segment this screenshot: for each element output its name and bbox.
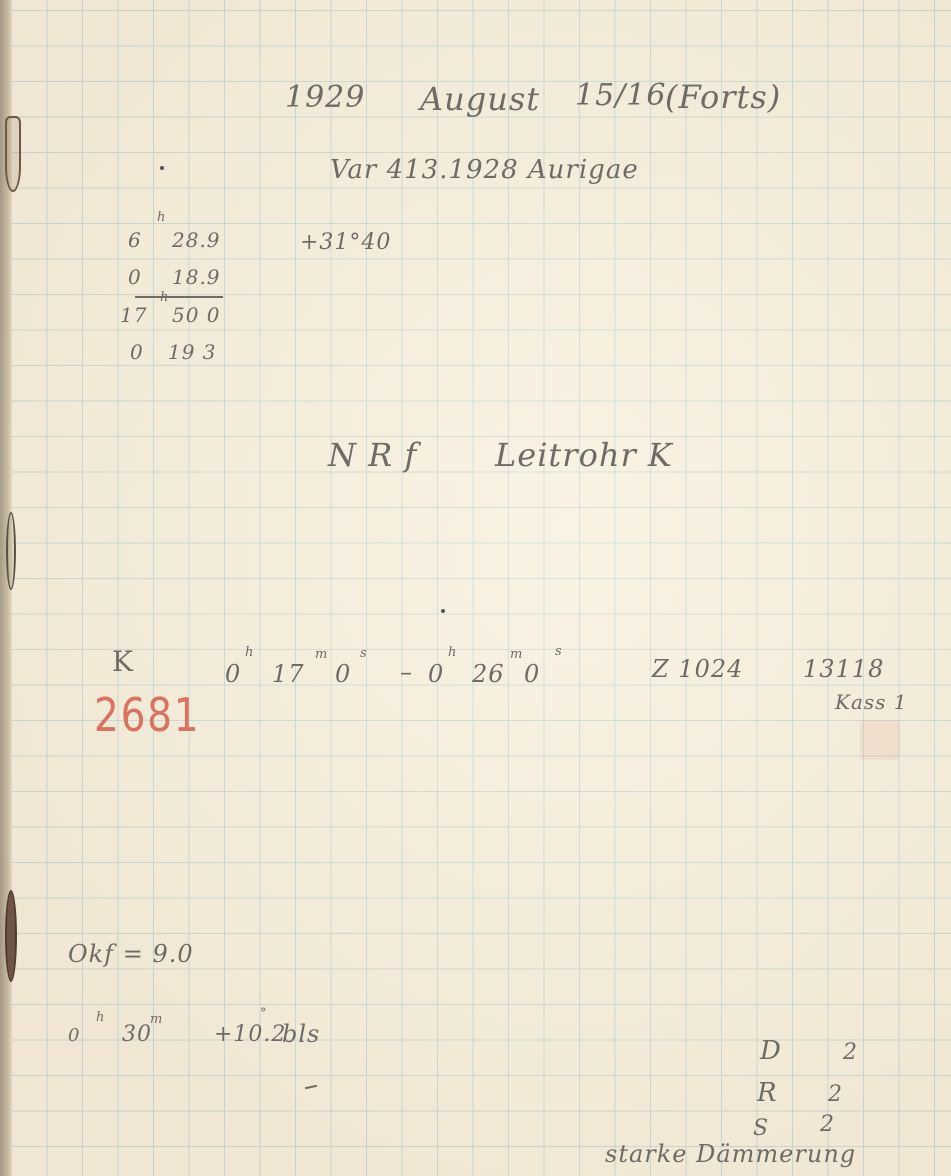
- binder-ring-icon: [5, 890, 17, 982]
- header-year: 1929: [285, 80, 365, 115]
- calc-row-4-col1: 0: [130, 340, 144, 364]
- minutes-unit: m: [150, 1012, 162, 1027]
- header-days: 15/16: [575, 78, 666, 113]
- declination: +31°40: [300, 230, 391, 255]
- plate-number: 2681: [94, 688, 200, 742]
- condition-label-r: R: [757, 1078, 778, 1108]
- lower-minutes: 30: [122, 1022, 152, 1047]
- faint-red-mark: [860, 720, 900, 760]
- seconds-unit: s: [555, 644, 562, 659]
- ink-dot: [160, 166, 164, 170]
- conditions-footer: starke Dämmerung: [605, 1140, 856, 1168]
- condition-label-s: S: [753, 1116, 769, 1141]
- binder-ring-icon: [5, 116, 21, 192]
- variable-star-designation: Var 413.1928 Aurigae: [330, 155, 639, 185]
- header-month: August: [420, 80, 540, 118]
- seconds-unit: s: [360, 646, 367, 661]
- section-title-right: Leitrohr K: [495, 436, 673, 474]
- calc-row-1-col2: 28.9: [172, 228, 221, 252]
- cassette-note: Kass 1: [835, 690, 907, 714]
- sum-line: [135, 296, 223, 298]
- header-note: (Forts): [665, 78, 781, 116]
- calc-row-2-col1: 0: [128, 265, 142, 289]
- end-seconds: 0: [524, 660, 540, 688]
- hours-unit: h: [96, 1010, 104, 1025]
- condition-value-r: 2: [828, 1082, 843, 1107]
- ink-mark: [305, 1085, 317, 1089]
- reading-value: 13118: [803, 655, 884, 683]
- condition-value-s: 2: [820, 1112, 835, 1137]
- minutes-unit: m: [510, 647, 522, 662]
- ocular-value: Okf = 9.0: [68, 940, 194, 968]
- condition-label-d: D: [760, 1036, 782, 1066]
- end-minutes: 26: [472, 660, 505, 688]
- section-title-left: N R f: [328, 436, 417, 474]
- start-seconds: 0: [335, 660, 351, 688]
- notebook-page: 1929 August 15/16 (Forts) Var 413.1928 A…: [0, 0, 951, 1176]
- start-minutes: 17: [272, 660, 305, 688]
- degree-unit: °: [260, 1006, 267, 1021]
- time-separator: –: [400, 658, 413, 686]
- lower-hours: 0: [68, 1025, 80, 1046]
- minutes-unit: m: [315, 647, 327, 662]
- hour-superscript: h: [157, 210, 165, 225]
- calc-row-1-col1: 6: [128, 228, 142, 252]
- calc-row-2-col2: 18.9: [172, 265, 221, 289]
- ink-dot: [441, 609, 445, 613]
- condition-value-d: 2: [843, 1040, 858, 1065]
- zenith-value: Z 1024: [652, 655, 743, 683]
- hours-unit: h: [448, 645, 456, 660]
- calc-row-3-col2: 50 0: [172, 303, 221, 327]
- binder-ring-icon: [6, 512, 16, 590]
- temperature-value: +10.2: [214, 1022, 286, 1047]
- hours-unit: h: [245, 645, 253, 660]
- calc-row-3-col1: 17: [120, 303, 147, 327]
- temperature-note: bls: [282, 1020, 320, 1048]
- hour-superscript: h: [160, 290, 168, 305]
- calc-row-4-col2: 19 3: [168, 340, 217, 364]
- start-hours: 0: [225, 660, 241, 688]
- observation-label: K: [112, 645, 134, 678]
- end-hours: 0: [428, 660, 444, 688]
